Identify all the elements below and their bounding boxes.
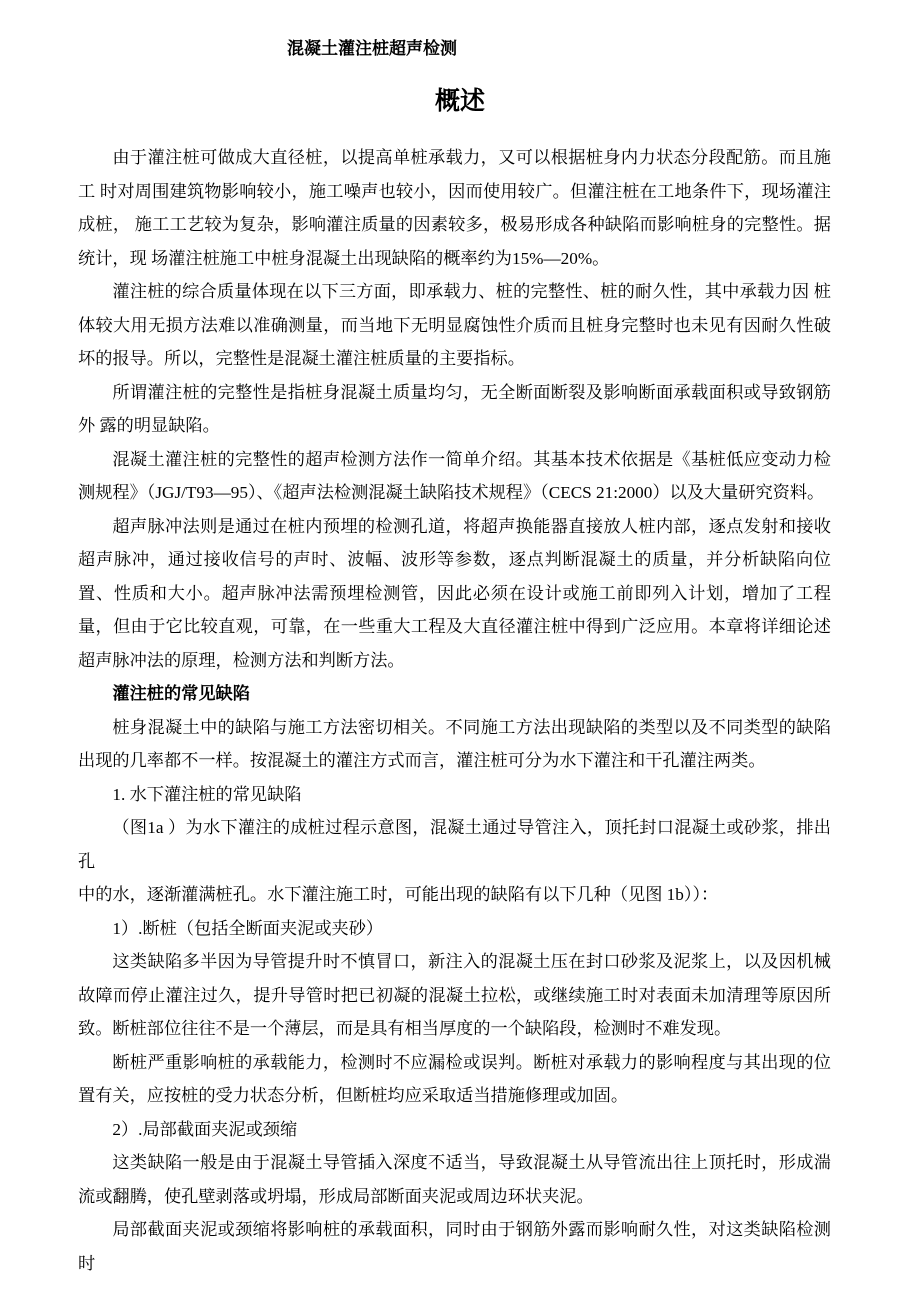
list-item-underwater: 1. 水下灌注桩的常见缺陷	[78, 778, 831, 812]
paragraph-local-cause: 这类缺陷一般是由于混凝土导管插入深度不适当，导致混凝土从导管流出往上顶托时，形成…	[78, 1146, 831, 1213]
section-heading-defects: 灌注桩的常见缺陷	[78, 677, 831, 711]
paragraph-figure-1b: 中的水，逐渐灌满桩孔。水下灌注施工时，可能出现的缺陷有以下几种（见图 1b））：	[78, 878, 831, 912]
paragraph-broken-cause: 这类缺陷多半因为导管提升时不慎冒口，新注入的混凝土压在封口砂浆及泥浆上，以及因机…	[78, 945, 831, 1046]
paragraph-integrity-def: 所谓灌注桩的完整性是指桩身混凝土质量均匀，无全断面断裂及影响断面承载面积或导致钢…	[78, 376, 831, 443]
paragraph-ultrasonic-pulse: 超声脉冲法则是通过在桩内预埋的检测孔道，将超声换能器直接放人桩内部，逐点发射和接…	[78, 510, 831, 678]
paragraph-intro: 由于灌注桩可做成大直径桩，以提高单桩承载力，又可以根据桩身内力状态分段配筋。而且…	[78, 141, 831, 275]
document-body: 由于灌注桩可做成大直径桩，以提高单桩承载力，又可以根据桩身内力状态分段配筋。而且…	[78, 141, 831, 1280]
list-item-broken-pile: 1）.断桩（包括全断面夹泥或夹砂）	[78, 912, 831, 946]
running-header: 混凝土灌注桩超声检测	[287, 38, 457, 60]
paragraph-figure-1a: （图1a ）为水下灌注的成桩过程示意图，混凝土通过导管注入，顶托封口混凝土或砂浆…	[78, 811, 831, 878]
paragraph-local-impact: 局部截面夹泥或颈缩将影响桩的承载面积，同时由于钢筋外露而影响耐久性，对这类缺陷检…	[78, 1213, 831, 1280]
document-page: 混凝土灌注桩超声检测 概述 由于灌注桩可做成大直径桩，以提高单桩承载力，又可以根…	[0, 0, 920, 1301]
paragraph-quality-aspects: 灌注桩的综合质量体现在以下三方面，即承载力、桩的完整性、桩的耐久性，其中承载力因…	[78, 275, 831, 376]
paragraph-defect-relation: 桩身混凝土中的缺陷与施工方法密切相关。不同施工方法出现缺陷的类型以及不同类型的缺…	[78, 711, 831, 778]
paragraph-broken-impact: 断桩严重影响桩的承载能力，检测时不应漏检或误判。断桩对承载力的影响程度与其出现的…	[78, 1046, 831, 1113]
document-title: 概述	[0, 86, 920, 118]
paragraph-method-basis: 混凝土灌注桩的完整性的超声检测方法作一简单介绍。其基本技术依据是《基桩低应变动力…	[78, 443, 831, 510]
list-item-local-mud: 2）.局部截面夹泥或颈缩	[78, 1113, 831, 1147]
